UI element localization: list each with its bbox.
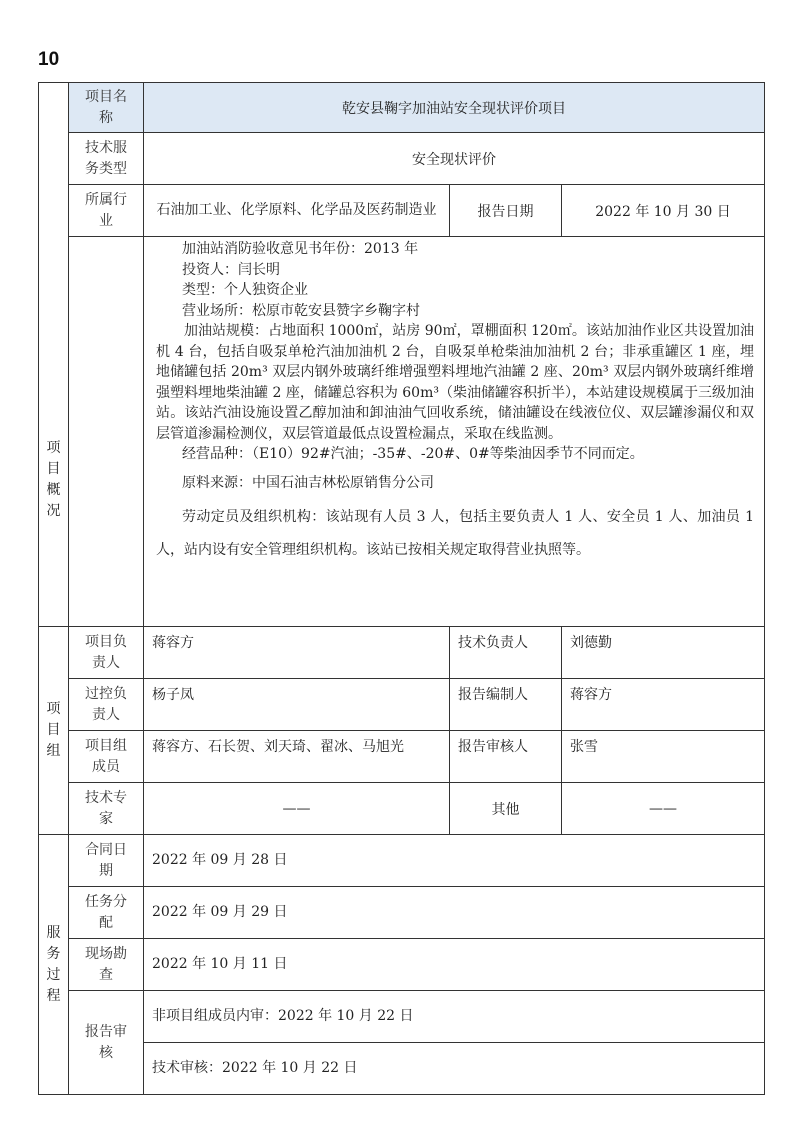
process-label-review: 报告审核 — [69, 991, 144, 1095]
process-label: 任务分配 — [69, 887, 144, 939]
process-value: 2022 年 10 月 11 日 — [144, 939, 765, 991]
overview-line: 类型：个人独资企业 — [156, 280, 754, 301]
project-name-label: 项目名称 — [69, 83, 144, 133]
overview-group-label: 项目概况 — [47, 438, 61, 522]
row-service-type: 技术服务类型 安全现状评价 — [39, 133, 765, 185]
process-label: 现场勘查 — [69, 939, 144, 991]
team-value: —— — [144, 783, 450, 835]
process-row-review-technical: 技术审核：2022 年 10 月 22 日 — [39, 1043, 765, 1095]
row-overview: 加油站消防验收意见书年份：2013 年 投资人：闫长明 类型：个人独资企业 营业… — [39, 237, 765, 627]
industry-label: 所属行业 — [69, 185, 144, 237]
overview-line: 加油站规模：占地面积 1000㎡，站房 90㎡，罩棚面积 120㎡。该站加油作业… — [156, 321, 754, 444]
team-value: 杨子凤 — [144, 679, 450, 731]
service-type-label: 技术服务类型 — [69, 133, 144, 185]
overview-line: 投资人：闫长明 — [156, 260, 754, 281]
team-value: 蒋容方、石长贺、刘天琦、翟冰、马旭光 — [144, 731, 450, 783]
team-row: 过控负责人 杨子凤 报告编制人 蒋容方 — [39, 679, 765, 731]
team-value-2: 刘德勤 — [562, 627, 765, 679]
industry-value: 石油加工业、化学原料、化学品及医药制造业 — [144, 185, 450, 237]
team-label: 项目组成员 — [69, 731, 144, 783]
project-name-value: 乾安县鞠字加油站安全现状评价项目 — [144, 83, 765, 133]
team-label: 技术专家 — [69, 783, 144, 835]
process-group-label: 服务过程 — [47, 923, 61, 1007]
overview-line: 经营品种：（E10）92#汽油；-35#、-20#、0#等柴油因季节不同而定。 — [156, 444, 754, 465]
team-label-2: 技术负责人 — [450, 627, 562, 679]
team-row: 技术专家 —— 其他 —— — [39, 783, 765, 835]
overview-line: 原料来源：中国石油吉林松原销售分公司 — [156, 473, 754, 494]
row-project-name: 项目概况 项目名称 乾安县鞠字加油站安全现状评价项目 — [39, 83, 765, 133]
report-date-value: 2022 年 10 月 30 日 — [562, 185, 765, 237]
team-label-2: 报告审核人 — [450, 731, 562, 783]
row-industry: 所属行业 石油加工业、化学原料、化学品及医药制造业 报告日期 2022 年 10… — [39, 185, 765, 237]
process-value: 2022 年 09 月 29 日 — [144, 887, 765, 939]
review-technical-value: 技术审核：2022 年 10 月 22 日 — [144, 1043, 765, 1095]
process-row-review-internal: 报告审核 非项目组成员内审：2022 年 10 月 22 日 — [39, 991, 765, 1043]
team-row: 项目组成员 蒋容方、石长贺、刘天琦、翟冰、马旭光 报告审核人 张雪 — [39, 731, 765, 783]
page-number: 10 — [38, 49, 59, 71]
overview-line: 加油站消防验收意见书年份：2013 年 — [156, 239, 754, 260]
team-label: 过控负责人 — [69, 679, 144, 731]
team-row: 项目组 项目负责人 蒋容方 技术负责人 刘德勤 — [39, 627, 765, 679]
overview-group-cell: 项目概况 — [39, 83, 69, 627]
process-label: 合同日期 — [69, 835, 144, 887]
process-group-cell: 服务过程 — [39, 835, 69, 1095]
overview-line: 劳动定员及组织机构：该站现有人员 3 人，包括主要负责人 1 人、安全员 1 人… — [156, 501, 754, 567]
report-date-label: 报告日期 — [450, 185, 562, 237]
team-value-2: 张雪 — [562, 731, 765, 783]
overview-line: 营业场所：松原市乾安县赞字乡鞠字村 — [156, 301, 754, 322]
team-label: 项目负责人 — [69, 627, 144, 679]
service-type-value: 安全现状评价 — [144, 133, 765, 185]
team-label-2: 其他 — [450, 783, 562, 835]
process-value: 2022 年 09 月 28 日 — [144, 835, 765, 887]
process-row: 现场勘查 2022 年 10 月 11 日 — [39, 939, 765, 991]
team-value: 蒋容方 — [144, 627, 450, 679]
overview-content: 加油站消防验收意见书年份：2013 年 投资人：闫长明 类型：个人独资企业 营业… — [144, 237, 765, 627]
team-group-label: 项目组 — [47, 699, 61, 762]
process-row: 服务过程 合同日期 2022 年 09 月 28 日 — [39, 835, 765, 887]
process-row: 任务分配 2022 年 09 月 29 日 — [39, 887, 765, 939]
team-value-2: —— — [562, 783, 765, 835]
team-group-cell: 项目组 — [39, 627, 69, 835]
overview-label-blank — [69, 237, 144, 627]
project-record-table: 项目概况 项目名称 乾安县鞠字加油站安全现状评价项目 技术服务类型 安全现状评价… — [38, 82, 765, 1095]
team-value-2: 蒋容方 — [562, 679, 765, 731]
review-internal-value: 非项目组成员内审：2022 年 10 月 22 日 — [144, 991, 765, 1043]
team-label-2: 报告编制人 — [450, 679, 562, 731]
